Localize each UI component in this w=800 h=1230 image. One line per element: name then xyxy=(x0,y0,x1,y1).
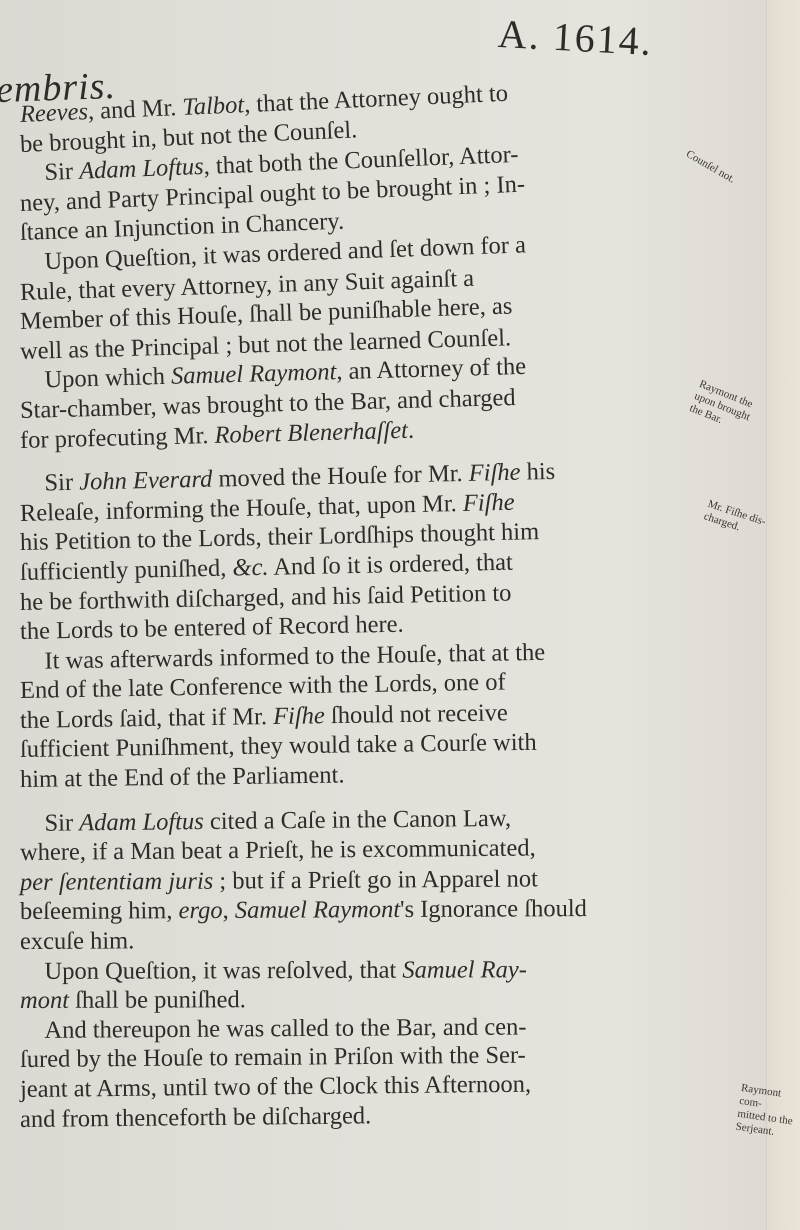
text-run: And ſo it is ordered, that xyxy=(268,549,513,581)
text-run: 's Ignorance ſhould xyxy=(400,895,587,923)
text-run: beſeeming him, xyxy=(20,898,179,926)
italic-text: Fiſhe xyxy=(468,459,520,487)
text-line: beſeeming him, ergo, Samuel Raymont's Ig… xyxy=(20,894,720,927)
text-run: Sir xyxy=(20,469,80,497)
text-run: excuſe him. xyxy=(20,927,134,955)
italic-text: &c. xyxy=(232,554,269,582)
page-edge xyxy=(766,0,800,1230)
text-run: and from thenceforth be diſcharged. xyxy=(20,1102,372,1133)
italic-text: Talbot xyxy=(182,91,245,121)
text-run: , xyxy=(222,897,234,924)
text-run: ; but if a Prieſt go in Apparel not xyxy=(213,865,538,894)
text-run: . xyxy=(408,416,415,443)
italic-text: Reeves xyxy=(19,98,88,128)
text-run: ſhall be puniſhed. xyxy=(69,986,246,1014)
italic-text: Samuel Raymont xyxy=(235,896,400,924)
text-run: for profecuting Mr. xyxy=(20,421,215,453)
text-run: Upon Queſtion, it was reſolved, that xyxy=(20,956,402,984)
text-line: per ſententiam juris ; but if a Prieſt g… xyxy=(20,863,720,897)
italic-text: ergo xyxy=(178,897,222,924)
text-run: Sir xyxy=(20,809,79,837)
text-line: where, if a Man beat a Prieſt, he is exc… xyxy=(20,832,720,868)
text-run: his xyxy=(520,458,555,486)
page-year: A. 1614. xyxy=(497,10,654,65)
italic-text: Robert Blenerhaſſet xyxy=(214,416,408,448)
body-text: Reeves, and Mr. Talbot, that the Attorne… xyxy=(20,100,720,1134)
text-run: cited a Caſe in the Canon Law, xyxy=(204,805,512,835)
text-run: where, if a Man beat a Prieſt, he is exc… xyxy=(20,835,536,866)
text-run: Sir xyxy=(19,158,79,187)
text-run: , and Mr. xyxy=(87,94,183,125)
italic-text: per ſententiam juris xyxy=(20,867,213,895)
text-run: ſured by the Houſe to remain in Priſon w… xyxy=(20,1042,526,1073)
text-line: Upon Queſtion, it was reſolved, that Sam… xyxy=(20,954,720,986)
text-run: , an Attorney of the xyxy=(336,353,527,385)
italic-text: Samuel Ray- xyxy=(402,956,527,983)
italic-text: John Everard xyxy=(79,466,213,496)
text-line: excuſe him. xyxy=(20,923,720,956)
italic-text: mont xyxy=(20,987,69,1014)
italic-text: Fiſhe xyxy=(273,702,325,730)
text-run: jeant at Arms, until two of the Clock th… xyxy=(20,1071,531,1103)
margin-note: Raymont com-mitted to theSerjeant. xyxy=(735,1082,800,1142)
italic-text: Adam Loftus xyxy=(79,808,204,836)
text-run: ſhould not receive xyxy=(325,699,508,729)
text-run: moved the Houſe for Mr. xyxy=(212,460,469,493)
italic-text: Samuel Raymont xyxy=(171,359,337,391)
text-run: And thereupon he was called to the Bar, … xyxy=(20,1013,527,1044)
italic-text: Adam Loftus xyxy=(79,153,205,185)
text-run: the Lords ſaid, that if Mr. xyxy=(20,703,274,734)
text-run: him at the End of the Parliament. xyxy=(20,762,345,794)
text-run: Upon which xyxy=(20,363,172,394)
text-run: ſufficiently puniſhed, xyxy=(20,554,233,585)
italic-text: Fiſhe xyxy=(463,488,515,516)
text-run: the Lords to be entered of Record here. xyxy=(20,611,404,645)
